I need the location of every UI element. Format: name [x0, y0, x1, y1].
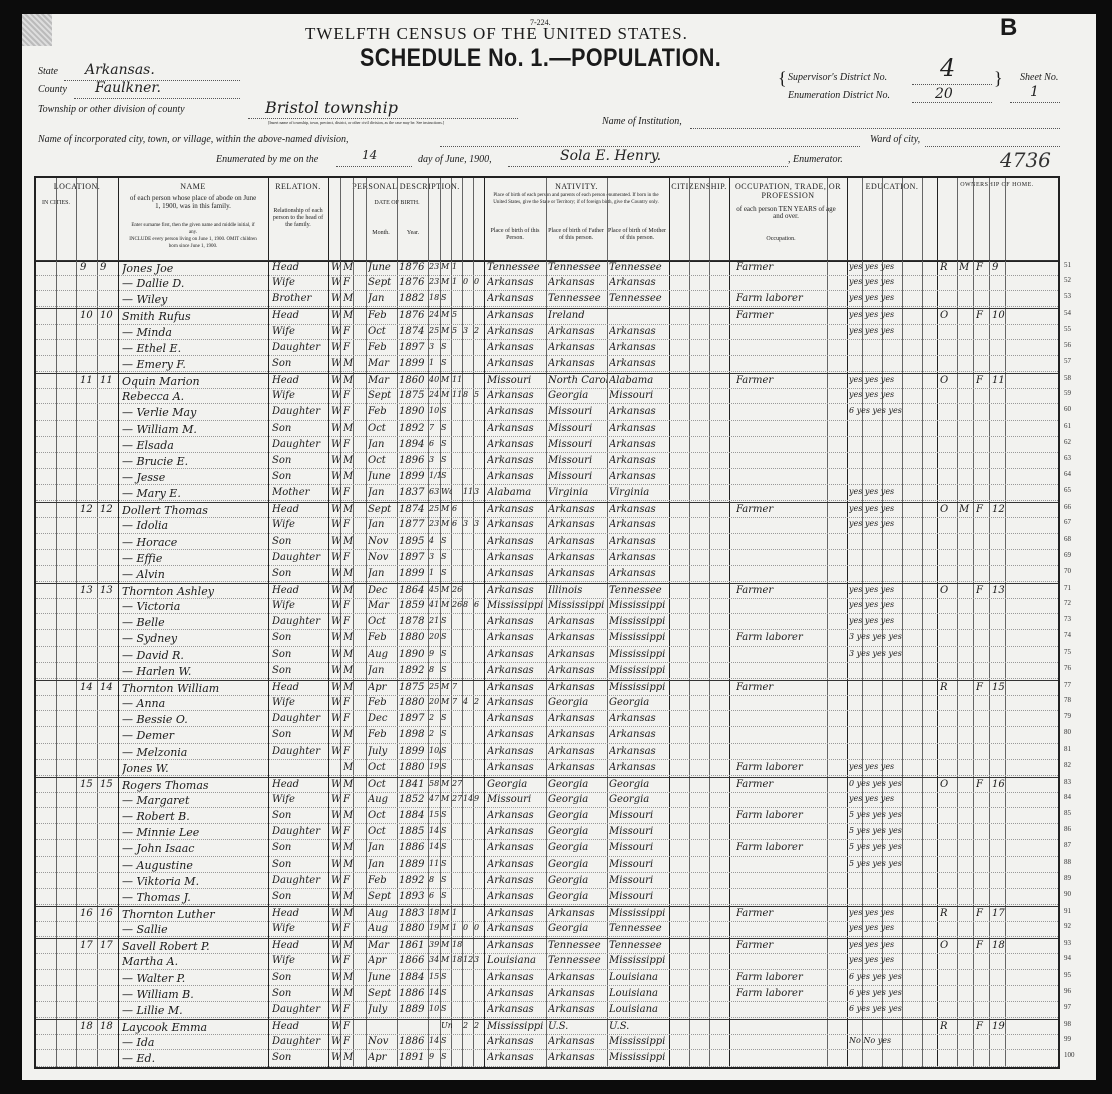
sex: M	[343, 891, 353, 902]
color: W	[331, 955, 341, 966]
birthplace-mother: Mississippi	[609, 616, 669, 627]
person-name: — Lillie M.	[122, 1004, 268, 1017]
age: 2	[429, 713, 441, 722]
age: 23	[429, 519, 441, 528]
sex: F	[343, 552, 353, 563]
marital-status: S	[441, 342, 452, 351]
years-married: 1	[452, 908, 463, 917]
education: yes yes yes	[849, 390, 937, 399]
sex: F	[343, 923, 353, 934]
education: yes yes yes	[849, 326, 937, 335]
children-living: 2	[474, 326, 484, 335]
children-living: 3	[474, 487, 484, 496]
birth-month: Aug	[368, 908, 397, 919]
birthplace-father: Arkansas	[548, 552, 607, 563]
children-born: 3	[463, 519, 474, 528]
state-value: Arkansas.	[85, 62, 155, 78]
owned-or-rented: R	[940, 262, 956, 273]
birth-month: Jan	[368, 568, 397, 579]
birthplace-mother: Tennessee	[609, 262, 669, 273]
birth-month: Mar	[368, 940, 397, 951]
person-name: — Sydney	[122, 632, 268, 645]
sex: F	[343, 746, 353, 757]
marital-status: S	[441, 842, 452, 851]
birthplace-person: Arkansas	[487, 1036, 546, 1047]
person-name: — Harlen W.	[122, 665, 268, 678]
table-row: 73 — Belle Daughter W F Oct 1878 21 S Ar…	[36, 615, 1058, 630]
person-name: — Viktoria M.	[122, 875, 268, 888]
birth-year: 1897	[399, 552, 428, 563]
education: yes yes yes	[849, 375, 937, 384]
color: W	[331, 923, 341, 934]
birthplace-mother: Arkansas	[609, 519, 669, 530]
line-number: 69	[1064, 551, 1071, 559]
birthplace-mother: Arkansas	[609, 568, 669, 579]
children-born: 0	[463, 923, 474, 932]
sex: F	[343, 487, 353, 498]
table-row: 90 — Thomas J. Son W M Sept 1893 6 S Ark…	[36, 890, 1058, 905]
birth-year: 1889	[399, 859, 428, 870]
relation: Daughter	[272, 713, 328, 724]
farm-or-house: F	[976, 585, 990, 596]
owned-or-rented: O	[940, 310, 956, 321]
table-row: 72 — Victoria Wife W F Mar 1859 41 M 26 …	[36, 599, 1058, 614]
marital-status: S	[441, 1004, 452, 1013]
person-name: Laycook Emma	[122, 1021, 268, 1034]
marital-status: M	[441, 277, 452, 286]
line-number: 90	[1064, 890, 1071, 898]
marital-status: M	[441, 697, 452, 706]
marital-status: S	[441, 810, 452, 819]
birthplace-mother: Missouri	[609, 859, 669, 870]
birthplace-father: Tennessee	[548, 262, 607, 273]
line-number: 63	[1064, 454, 1071, 462]
birthplace-father: Ireland	[548, 310, 607, 321]
owned-or-rented: O	[940, 779, 956, 790]
line-number: 70	[1064, 567, 1071, 575]
owned-or-rented: R	[940, 908, 956, 919]
family-number: 17	[100, 940, 116, 951]
sex: F	[343, 277, 353, 288]
birth-month: Aug	[368, 923, 397, 934]
birthplace-person: Arkansas	[487, 519, 546, 530]
marital-status: M	[441, 262, 452, 271]
marital-status: S	[441, 988, 452, 997]
marital-status: S	[441, 358, 452, 367]
years-married: 7	[452, 697, 463, 706]
enumerator-label: , Enumerator.	[788, 154, 843, 165]
sex: F	[343, 1021, 353, 1032]
age: 25	[429, 504, 441, 513]
line-number: 94	[1064, 954, 1071, 962]
line-number: 91	[1064, 907, 1071, 915]
marital-status: S	[441, 875, 452, 884]
marital-status: S	[441, 568, 452, 577]
table-header: LOCATION. IN CITIES. NAME of each person…	[36, 178, 1058, 262]
occupation-description: of each person TEN YEARS of age and over…	[736, 206, 836, 220]
table-row: 63 — Brucie E. Son W M Oct 1896 3 S Arka…	[36, 454, 1058, 469]
birthplace-father: Tennessee	[548, 955, 607, 966]
birthplace-mother: Mississippi	[609, 600, 669, 611]
birthplace-person: Arkansas	[487, 568, 546, 579]
marital-status: S	[441, 729, 452, 738]
birth-month: Feb	[368, 406, 397, 417]
relation: Son	[272, 1052, 328, 1063]
marital-status: S	[441, 423, 452, 432]
free-or-mortgaged: M	[959, 262, 973, 273]
sex: M	[343, 568, 353, 579]
birthplace-mother: Louisiana	[609, 1004, 669, 1015]
birth-year: 1874	[399, 504, 428, 515]
color: W	[331, 697, 341, 708]
color: W	[331, 390, 341, 401]
education: 5 yes yes yes	[849, 842, 937, 851]
person-name: — Ida	[122, 1036, 268, 1049]
age: 14	[429, 1036, 441, 1045]
age: 6	[429, 891, 441, 900]
birthplace-person: Arkansas	[487, 908, 546, 919]
children-born: 4	[463, 697, 474, 706]
birthplace-person: Arkansas	[487, 682, 546, 693]
birthplace-father: Missouri	[548, 471, 607, 482]
birthplace-mother: Arkansas	[609, 439, 669, 450]
line-number: 57	[1064, 357, 1071, 365]
table-row: 51 9 9 Jones Joe Head W M June 1876 23 M…	[36, 260, 1058, 276]
person-name: — John Isaac	[122, 842, 268, 855]
birthplace-father: Arkansas	[548, 504, 607, 515]
age: 45	[429, 585, 441, 594]
marital-status: S	[441, 439, 452, 448]
table-row: 88 — Augustine Son W M Jan 1889 11 S Ark…	[36, 858, 1058, 873]
dwelling-number: 18	[80, 1021, 96, 1032]
occupation: Farmer	[736, 779, 826, 790]
birth-month: Dec	[368, 713, 397, 724]
farm-schedule-number: 18	[992, 940, 1006, 951]
birth-month: Apr	[368, 1052, 397, 1063]
relation: Son	[272, 455, 328, 466]
birth-month: Sept	[368, 988, 397, 999]
relation: Son	[272, 471, 328, 482]
relation: Wife	[272, 277, 328, 288]
birthplace-mother: Arkansas	[609, 455, 669, 466]
birthplace-father: Arkansas	[548, 746, 607, 757]
table-row: 96 — William B. Son W M Sept 1886 14 S A…	[36, 987, 1058, 1002]
occupation: Farmer	[736, 262, 826, 273]
family-number: 9	[100, 262, 116, 273]
birth-year: 1892	[399, 423, 428, 434]
table-row: 82 Jones W. M Oct 1880 19 S Arkansas Ark…	[36, 761, 1058, 776]
table-row: 71 13 13 Thornton Ashley Head W M Dec 18…	[36, 583, 1058, 599]
sex: M	[343, 940, 353, 951]
table-row: 69 — Effie Daughter W F Nov 1897 3 S Ark…	[36, 551, 1058, 566]
line-number: 64	[1064, 470, 1071, 478]
table-row: 58 11 11 Oquin Marion Head W M Mar 1860 …	[36, 373, 1058, 389]
age: 47	[429, 794, 441, 803]
table-row: 60 — Verlie May Daughter W F Feb 1890 10…	[36, 405, 1058, 420]
birth-month: Sept	[368, 277, 397, 288]
person-name: — Anna	[122, 697, 268, 710]
birth-year: 1876	[399, 277, 428, 288]
years-married: 18	[452, 955, 463, 964]
birthplace-father: Arkansas	[548, 988, 607, 999]
relation: Son	[272, 810, 328, 821]
birthplace-mother: Tennessee	[609, 940, 669, 951]
marital-status: S	[441, 455, 452, 464]
group-education: EDUCATION.	[847, 182, 937, 191]
birth-year: 1885	[399, 826, 428, 837]
age: 21	[429, 616, 441, 625]
birthplace-father: Georgia	[548, 859, 607, 870]
birth-month: Oct	[368, 826, 397, 837]
education: No No yes	[849, 1036, 937, 1045]
dwelling-number: 13	[80, 585, 96, 596]
line-number: 85	[1064, 809, 1071, 817]
age: 4	[429, 536, 441, 545]
marital-status: M	[441, 390, 452, 399]
birthplace-person: Arkansas	[487, 810, 546, 821]
birthplace-person: Arkansas	[487, 616, 546, 627]
line-number: 75	[1064, 648, 1071, 656]
birthplace-father: Arkansas	[548, 632, 607, 643]
sex: M	[343, 358, 353, 369]
birthplace-person: Arkansas	[487, 859, 546, 870]
birthplace-person: Arkansas	[487, 826, 546, 837]
color: W	[331, 439, 341, 450]
birthplace-father: U.S.	[548, 1021, 607, 1032]
color: W	[331, 504, 341, 515]
sheet-number: 1	[1030, 84, 1039, 100]
children-born: 3	[463, 326, 474, 335]
name-description: of each person whose place of abode on J…	[128, 194, 258, 210]
relation: Daughter	[272, 342, 328, 353]
marital-status: M	[441, 955, 452, 964]
farm-schedule-number: 10	[992, 310, 1006, 321]
table-row: 79 — Bessie O. Daughter W F Dec 1897 2 S…	[36, 712, 1058, 727]
line-number: 89	[1064, 874, 1071, 882]
birthplace-father: Arkansas	[548, 342, 607, 353]
color: W	[331, 972, 341, 983]
person-name: — Effie	[122, 552, 268, 565]
sex: F	[343, 616, 353, 627]
birthplace-mother: Missouri	[609, 875, 669, 886]
line-number: 53	[1064, 292, 1071, 300]
birth-year: 1880	[399, 632, 428, 643]
sex: M	[343, 423, 353, 434]
farm-or-house: F	[976, 908, 990, 919]
occupation: Farmer	[736, 310, 826, 321]
population-table: LOCATION. IN CITIES. NAME of each person…	[34, 176, 1060, 1069]
farm-schedule-number: 13	[992, 585, 1006, 596]
age: 20	[429, 632, 441, 641]
birth-month: Jan	[368, 859, 397, 870]
birth-year: 1889	[399, 1004, 428, 1015]
birthplace-person: Arkansas	[487, 697, 546, 708]
age: 1	[429, 568, 441, 577]
relation: Daughter	[272, 406, 328, 417]
family-number: 13	[100, 585, 116, 596]
table-row: 89 — Viktoria M. Daughter W F Feb 1892 8…	[36, 874, 1058, 889]
marital-status: S	[441, 859, 452, 868]
birthplace-father: Georgia	[548, 697, 607, 708]
sex: M	[343, 859, 353, 870]
person-name: — Walter P.	[122, 972, 268, 985]
line-number: 71	[1064, 584, 1071, 592]
farm-schedule-number: 12	[992, 504, 1006, 515]
marital-status: S	[441, 406, 452, 415]
table-row: 100 — Ed. Son W M Apr 1891 9 S Arkansas …	[36, 1051, 1058, 1066]
children-living: 0	[474, 923, 484, 932]
birth-year: 1899	[399, 471, 428, 482]
birthplace-mother: Missouri	[609, 891, 669, 902]
county-value: Faulkner.	[95, 80, 161, 96]
dwelling-number: 17	[80, 940, 96, 951]
line-number: 93	[1064, 939, 1071, 947]
years-married: 11	[452, 390, 463, 399]
birthplace-father: Missouri	[548, 455, 607, 466]
birth-year: 1886	[399, 1036, 428, 1047]
table-row: 86 — Minnie Lee Daughter W F Oct 1885 14…	[36, 825, 1058, 840]
age: 6	[429, 439, 441, 448]
birthplace-mother: Alabama	[609, 375, 669, 386]
line-number: 74	[1064, 631, 1071, 639]
line-number: 78	[1064, 696, 1071, 704]
farm-or-house: F	[976, 262, 990, 273]
birthplace-mother: Mississippi	[609, 1036, 669, 1047]
birth-year: 1899	[399, 746, 428, 757]
line-number: 87	[1064, 841, 1071, 849]
education: yes yes yes	[849, 585, 937, 594]
relation: Son	[272, 568, 328, 579]
birth-month: Oct	[368, 762, 397, 773]
table-row: 53 — Wiley Brother W M Jan 1882 18 S Ark…	[36, 292, 1058, 307]
page-corner-mark	[22, 14, 52, 46]
sex: F	[343, 826, 353, 837]
county-label: County	[38, 84, 67, 95]
birthplace-mother: Arkansas	[609, 713, 669, 724]
relation: Daughter	[272, 746, 328, 757]
birthplace-person: Arkansas	[487, 293, 546, 304]
person-name: — Thomas J.	[122, 891, 268, 904]
children-living: 2	[474, 697, 484, 706]
line-number: 96	[1064, 987, 1071, 995]
children-living: 3	[474, 955, 484, 964]
age: 9	[429, 1052, 441, 1061]
age: 25	[429, 682, 441, 691]
color: W	[331, 585, 341, 596]
birthplace-father: Mississippi	[548, 600, 607, 611]
line-number: 62	[1064, 438, 1071, 446]
table-row: 55 — Minda Wife W F Oct 1874 25 M 5 3 2 …	[36, 325, 1058, 340]
month-label: Month.	[366, 230, 396, 237]
enumeration-label: Enumeration District No.	[788, 90, 890, 101]
relation: Wife	[272, 326, 328, 337]
color: W	[331, 908, 341, 919]
years-married: 27	[452, 794, 463, 803]
line-number: 67	[1064, 518, 1071, 526]
birth-year: 1880	[399, 697, 428, 708]
marital-status: M	[441, 794, 452, 803]
birth-year: 1841	[399, 779, 428, 790]
birthplace-person: Arkansas	[487, 746, 546, 757]
birth-father-label: Place of birth of Father of this person.	[547, 228, 605, 242]
birth-year: 1880	[399, 762, 428, 773]
birthplace-father: Georgia	[548, 875, 607, 886]
birthplace-mother: Arkansas	[609, 746, 669, 757]
age: 1/12	[429, 471, 441, 480]
birth-month: Oct	[368, 455, 397, 466]
birth-month: Jan	[368, 665, 397, 676]
education: yes yes yes	[849, 616, 937, 625]
farm-schedule-number: 11	[992, 375, 1006, 386]
relation: Head	[272, 779, 328, 790]
sex: F	[343, 600, 353, 611]
birthplace-father: Missouri	[548, 439, 607, 450]
birthplace-person: Arkansas	[487, 277, 546, 288]
birthplace-father: Arkansas	[548, 665, 607, 676]
relation: Daughter	[272, 1004, 328, 1015]
table-row: 54 10 10 Smith Rufus Head W M Feb 1876 2…	[36, 308, 1058, 324]
birth-year: 1876	[399, 310, 428, 321]
age: 10/12	[429, 746, 441, 755]
birthplace-father: Georgia	[548, 794, 607, 805]
sex: F	[343, 713, 353, 724]
education: 5 yes yes yes	[849, 826, 937, 835]
birthplace-person: Arkansas	[487, 875, 546, 886]
birth-month: Jan	[368, 487, 397, 498]
farm-or-house: F	[976, 310, 990, 321]
table-row: 93 17 17 Savell Robert P. Head W M Mar 1…	[36, 938, 1058, 954]
birthplace-father: Arkansas	[548, 762, 607, 773]
birth-year: 1897	[399, 342, 428, 353]
age: 19	[429, 762, 441, 771]
dwelling-number: 15	[80, 779, 96, 790]
owned-or-rented: O	[940, 940, 956, 951]
birthplace-father: Arkansas	[548, 908, 607, 919]
relation: Head	[272, 504, 328, 515]
table-row: 78 — Anna Wife W F Feb 1880 20 M 7 4 2 A…	[36, 696, 1058, 711]
education: yes yes yes	[849, 293, 937, 302]
group-relation: RELATION.	[268, 182, 328, 191]
person-name: — Minnie Lee	[122, 826, 268, 839]
color: W	[331, 859, 341, 870]
birthplace-person: Arkansas	[487, 665, 546, 676]
city-label: Name of incorporated city, town, or vill…	[38, 134, 349, 145]
birthplace-person: Missouri	[487, 794, 546, 805]
person-name: — Jesse	[122, 471, 268, 484]
person-name: — Mary E.	[122, 487, 268, 500]
sex: F	[343, 955, 353, 966]
sex: F	[343, 875, 353, 886]
line-number: 54	[1064, 309, 1071, 317]
age: 19	[429, 923, 441, 932]
birthplace-person: Arkansas	[487, 923, 546, 934]
birth-month: Nov	[368, 1036, 397, 1047]
education: yes yes yes	[849, 519, 937, 528]
birthplace-person: Alabama	[487, 487, 546, 498]
occupation: Farmer	[736, 504, 826, 515]
person-name: — Belle	[122, 616, 268, 629]
birth-month: Aug	[368, 649, 397, 660]
age: 9	[429, 649, 441, 658]
birth-month: Jan	[368, 439, 397, 450]
occupation: Farmer	[736, 682, 826, 693]
person-name: — Horace	[122, 536, 268, 549]
birthplace-person: Missouri	[487, 375, 546, 386]
sex: F	[343, 697, 353, 708]
color: W	[331, 487, 341, 498]
birth-month: Nov	[368, 552, 397, 563]
children-living: 3	[474, 519, 484, 528]
